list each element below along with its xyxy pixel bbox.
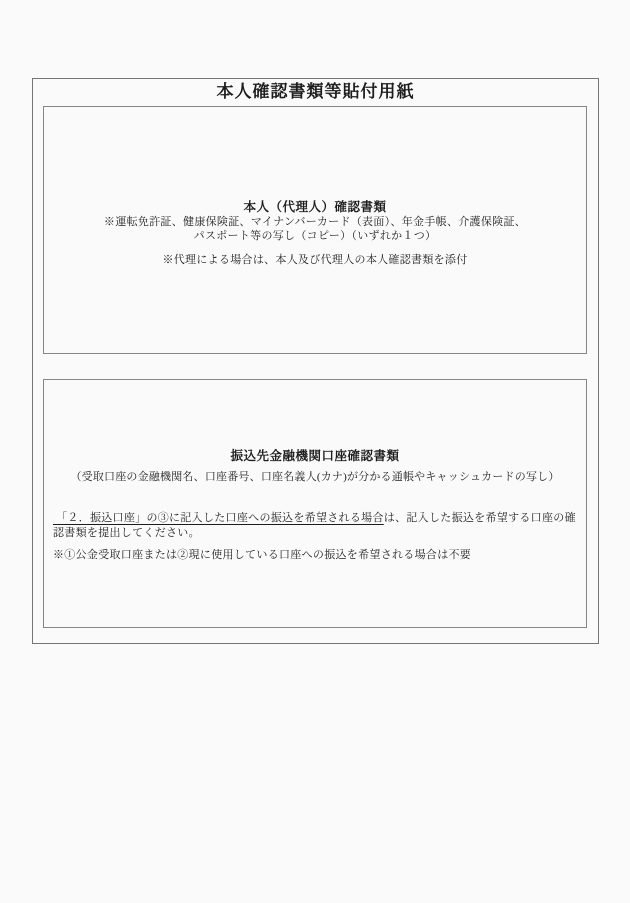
identity-documents-paste-box: 本人（代理人）確認書類 ※運転免許証、健康保険証、マイナンバーカード（表面）、年… bbox=[43, 106, 587, 354]
exemption-note: ※①公金受取口座または②現に使用している口座への振込を希望される場合は不要 bbox=[53, 548, 578, 562]
page-title: 本人確認書類等貼付用紙 bbox=[33, 79, 598, 102]
identity-box-heading: 本人（代理人）確認書類 bbox=[44, 200, 586, 215]
transfer-instruction-underlined-segment: 「２．振込口座」の③に記入した口座への振込を希望される場合 bbox=[53, 512, 384, 524]
identity-accepted-documents-line1: ※運転免許証、健康保険証、マイナンバーカード（表面）、年金手帳、介護保険証、 bbox=[44, 215, 586, 229]
transfer-instruction: 「２．振込口座」の③に記入した口座への振込を希望される場合は、記入した振込を希望… bbox=[53, 511, 578, 541]
bank-box-heading: 振込先金融機関口座確認書類 bbox=[44, 449, 586, 464]
identity-box-content: 本人（代理人）確認書類 ※運転免許証、健康保険証、マイナンバーカード（表面）、年… bbox=[44, 107, 586, 267]
proxy-case-note: ※代理による場合は、本人及び代理人の本人確認書類を添付 bbox=[44, 253, 586, 267]
bank-box-subheading: （受取口座の金融機関名、口座番号、口座名義人(カナ)が分かる通帳やキャッシュカー… bbox=[44, 470, 586, 484]
bank-account-paste-box: 振込先金融機関口座確認書類 （受取口座の金融機関名、口座番号、口座名義人(カナ)… bbox=[43, 379, 587, 628]
bank-box-content: 振込先金融機関口座確認書類 （受取口座の金融機関名、口座番号、口座名義人(カナ)… bbox=[44, 380, 586, 562]
document-outer-frame: 本人確認書類等貼付用紙 本人（代理人）確認書類 ※運転免許証、健康保険証、マイナ… bbox=[32, 78, 599, 644]
identity-accepted-documents-line2: パスポート等の写し（コピー）（いずれか１つ） bbox=[44, 229, 586, 243]
